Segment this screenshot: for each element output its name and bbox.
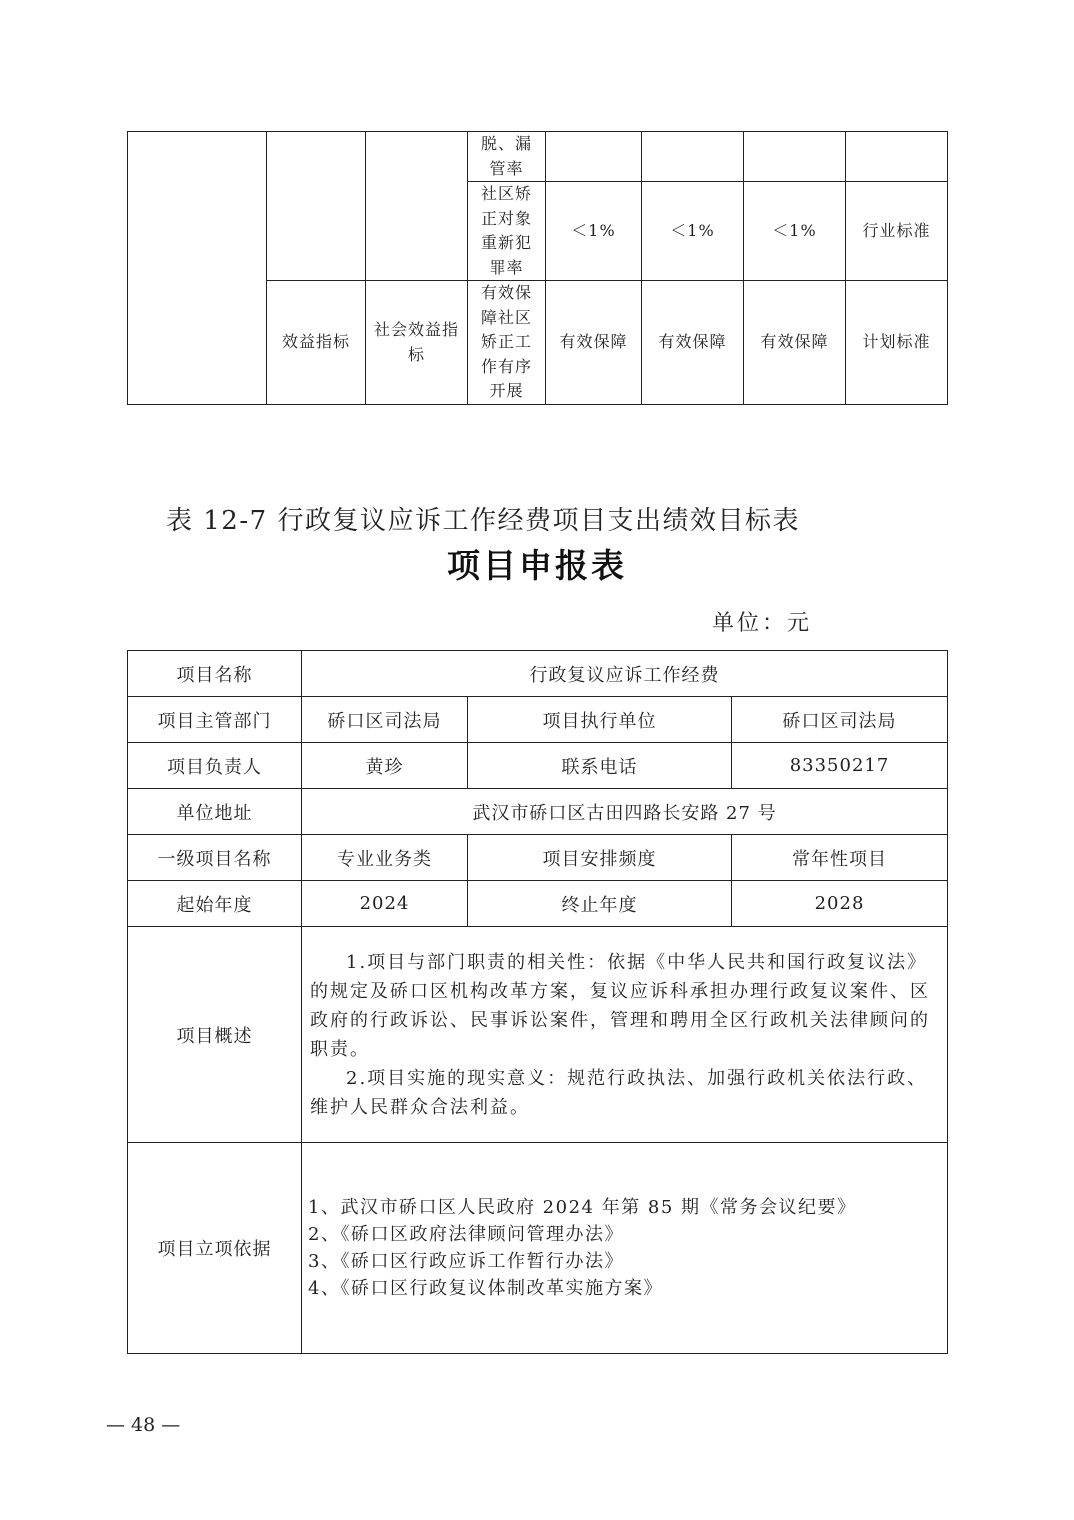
project-application-form: 项目名称 行政复议应诉工作经费 项目主管部门 硚口区司法局 项目执行单位 硚口区… [127,650,948,1354]
table-row: 单位地址 武汉市硚口区古田四路长安路 27 号 [128,789,948,835]
exec-value: 硚口区司法局 [732,697,948,743]
performance-indicator-table-continued: 脱、漏管率 社区矫正对象重新犯罪率 ＜1% ＜1% ＜1% 行业标准 效益指标 … [127,131,948,405]
basis-cell: 计划标准 [846,281,948,405]
basis-cell: 行业标准 [846,182,948,281]
empty-cell [128,132,267,405]
indicator-cell: 社区矫正对象重新犯罪率 [468,182,546,281]
page-number: — 48 — [106,1414,180,1436]
overview-paragraph: 2.项目实施的现实意义：规范行政执法、加强行政机关依法行政、维护人民群众合法利益… [310,1064,939,1122]
table-row: 一级项目名称 专业业务类 项目安排频度 常年性项目 [128,835,948,881]
level1-indicator-cell: 效益指标 [267,281,366,405]
table-row: 项目概述 1.项目与部门职责的相关性：依据《中华人民共和国行政复议法》的规定及硚… [128,927,948,1143]
field-label: 一级项目名称 [128,835,302,881]
table-row: 项目主管部门 硚口区司法局 项目执行单位 硚口区司法局 [128,697,948,743]
field-label: 联系电话 [468,743,732,789]
value-cell: 有效保障 [744,281,846,405]
level2-indicator-cell: 社会效益指标 [366,281,468,405]
field-label: 起始年度 [128,881,302,927]
freq-value: 常年性项目 [732,835,948,881]
field-label: 项目立项依据 [128,1143,302,1354]
field-label: 项目主管部门 [128,697,302,743]
value-cell: 有效保障 [546,281,642,405]
field-label: 单位地址 [128,789,302,835]
basis-item: 3、《硚口区行政应诉工作暂行办法》 [308,1248,941,1275]
overview-value: 1.项目与部门职责的相关性：依据《中华人民共和国行政复议法》的规定及硚口区机构改… [302,927,948,1143]
lead-value: 黄珍 [302,743,468,789]
value-cell: ＜1% [744,182,846,281]
indicator-cell: 有效保障社区矫正工作有序开展 [468,281,546,405]
basis-item: 4、《硚口区行政复议体制改革实施方案》 [308,1275,941,1302]
value-cell [642,132,744,182]
table-row: 起始年度 2024 终止年度 2028 [128,881,948,927]
basis-item: 1、武汉市硚口区人民政府 2024 年第 85 期《常务会议纪要》 [308,1194,941,1221]
basis-cell [846,132,948,182]
value-cell: 有效保障 [642,281,744,405]
basis-item: 2、《硚口区政府法律顾问管理办法》 [308,1221,941,1248]
value-cell [744,132,846,182]
unit-label: 单位：元 [712,606,812,637]
address-value: 武汉市硚口区古田四路长安路 27 号 [302,789,948,835]
overview-paragraph: 1.项目与部门职责的相关性：依据《中华人民共和国行政复议法》的规定及硚口区机构改… [310,948,939,1064]
field-label: 项目安排频度 [468,835,732,881]
value-cell: ＜1% [642,182,744,281]
value-cell [546,132,642,182]
table-row: 项目立项依据 1、武汉市硚口区人民政府 2024 年第 85 期《常务会议纪要》… [128,1143,948,1354]
field-label: 终止年度 [468,881,732,927]
table-row: 项目负责人 黄珍 联系电话 83350217 [128,743,948,789]
indicator-cell: 脱、漏管率 [468,132,546,182]
table-row: 项目名称 行政复议应诉工作经费 [128,651,948,697]
phone-value: 83350217 [732,743,948,789]
level1-value: 专业业务类 [302,835,468,881]
field-label: 项目概述 [128,927,302,1143]
empty-cell [267,132,366,281]
page-title: 项目申报表 [0,540,1074,587]
value-cell: ＜1% [546,182,642,281]
field-label: 项目执行单位 [468,697,732,743]
table-title: 表 12-7 行政复议应诉工作经费项目支出绩效目标表 [166,500,800,537]
table-row: 脱、漏管率 [128,132,948,182]
field-label: 项目名称 [128,651,302,697]
end-year-value: 2028 [732,881,948,927]
field-label: 项目负责人 [128,743,302,789]
dept-value: 硚口区司法局 [302,697,468,743]
basis-value: 1、武汉市硚口区人民政府 2024 年第 85 期《常务会议纪要》 2、《硚口区… [302,1143,948,1354]
start-year-value: 2024 [302,881,468,927]
project-name-value: 行政复议应诉工作经费 [302,651,948,697]
empty-cell [366,132,468,281]
